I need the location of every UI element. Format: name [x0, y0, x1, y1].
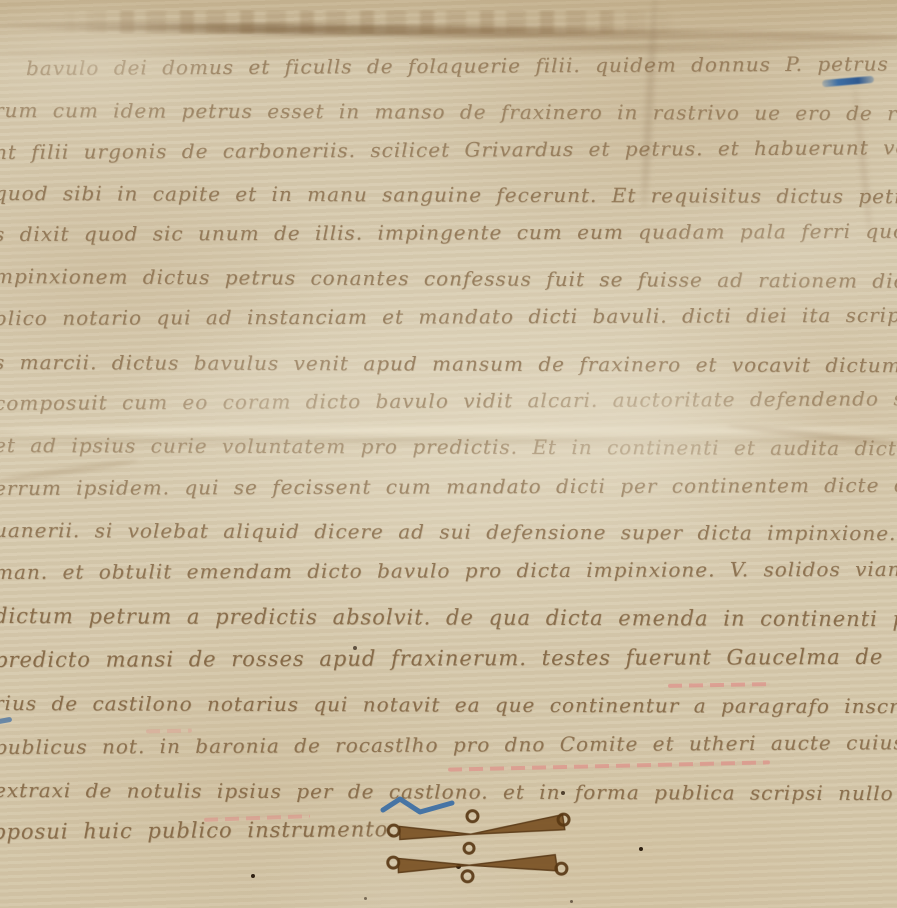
parchment-document: bavulo dei domus et ficulls de folaqueri… — [0, 0, 897, 908]
manuscript-line: rum cum idem petrus esset in manso de fr… — [0, 98, 897, 126]
manuscript-line: predicto mansi de rosses apud fraxinerum… — [0, 644, 897, 672]
manuscript-line: extraxi de notulis ipsius per de castlon… — [0, 778, 897, 805]
notary-signum-icon — [384, 806, 585, 884]
manuscript-line: pposui huic publico instrumento. — [0, 817, 396, 844]
manuscript-line: publicus not. in baronia de rocastlho pr… — [0, 730, 897, 759]
manuscript-line: quod sibi in capite et in manu sanguine … — [0, 181, 897, 209]
manuscript-line: nt filii urgonis de carboneriis. scilice… — [0, 135, 897, 164]
manuscript-text-block: bavulo dei domus et ficulls de folaqueri… — [0, 0, 897, 908]
manuscript-line: uanerii. si volebat aliquid dicere ad su… — [0, 518, 897, 546]
manuscript-line: errum ipsidem. qui se fecissent cum mand… — [0, 472, 897, 500]
manuscript-line: dictum petrum a predictis absolvit. de q… — [0, 604, 897, 632]
manuscript-line: man. et obtulit emendam dicto bavulo pro… — [0, 557, 897, 584]
manuscript-line: rius de castilono notarius qui notavit e… — [0, 691, 897, 719]
manuscript-line: composuit cum eo coram dicto bavulo vidi… — [0, 385, 897, 415]
manuscript-line: s marcii. dictus bavulus venit apud mans… — [0, 350, 897, 377]
manuscript-line: s dixit quod sic unum de illis. impingen… — [0, 219, 897, 246]
manuscript-line: blico notario qui ad instanciam et manda… — [0, 302, 897, 330]
manuscript-line: mpinxionem dictus petrus conantes confes… — [0, 264, 897, 293]
manuscript-line: et ad ipsius curie voluntatem pro predic… — [0, 433, 897, 461]
manuscript-line: bavulo dei domus et ficulls de folaqueri… — [26, 51, 897, 80]
